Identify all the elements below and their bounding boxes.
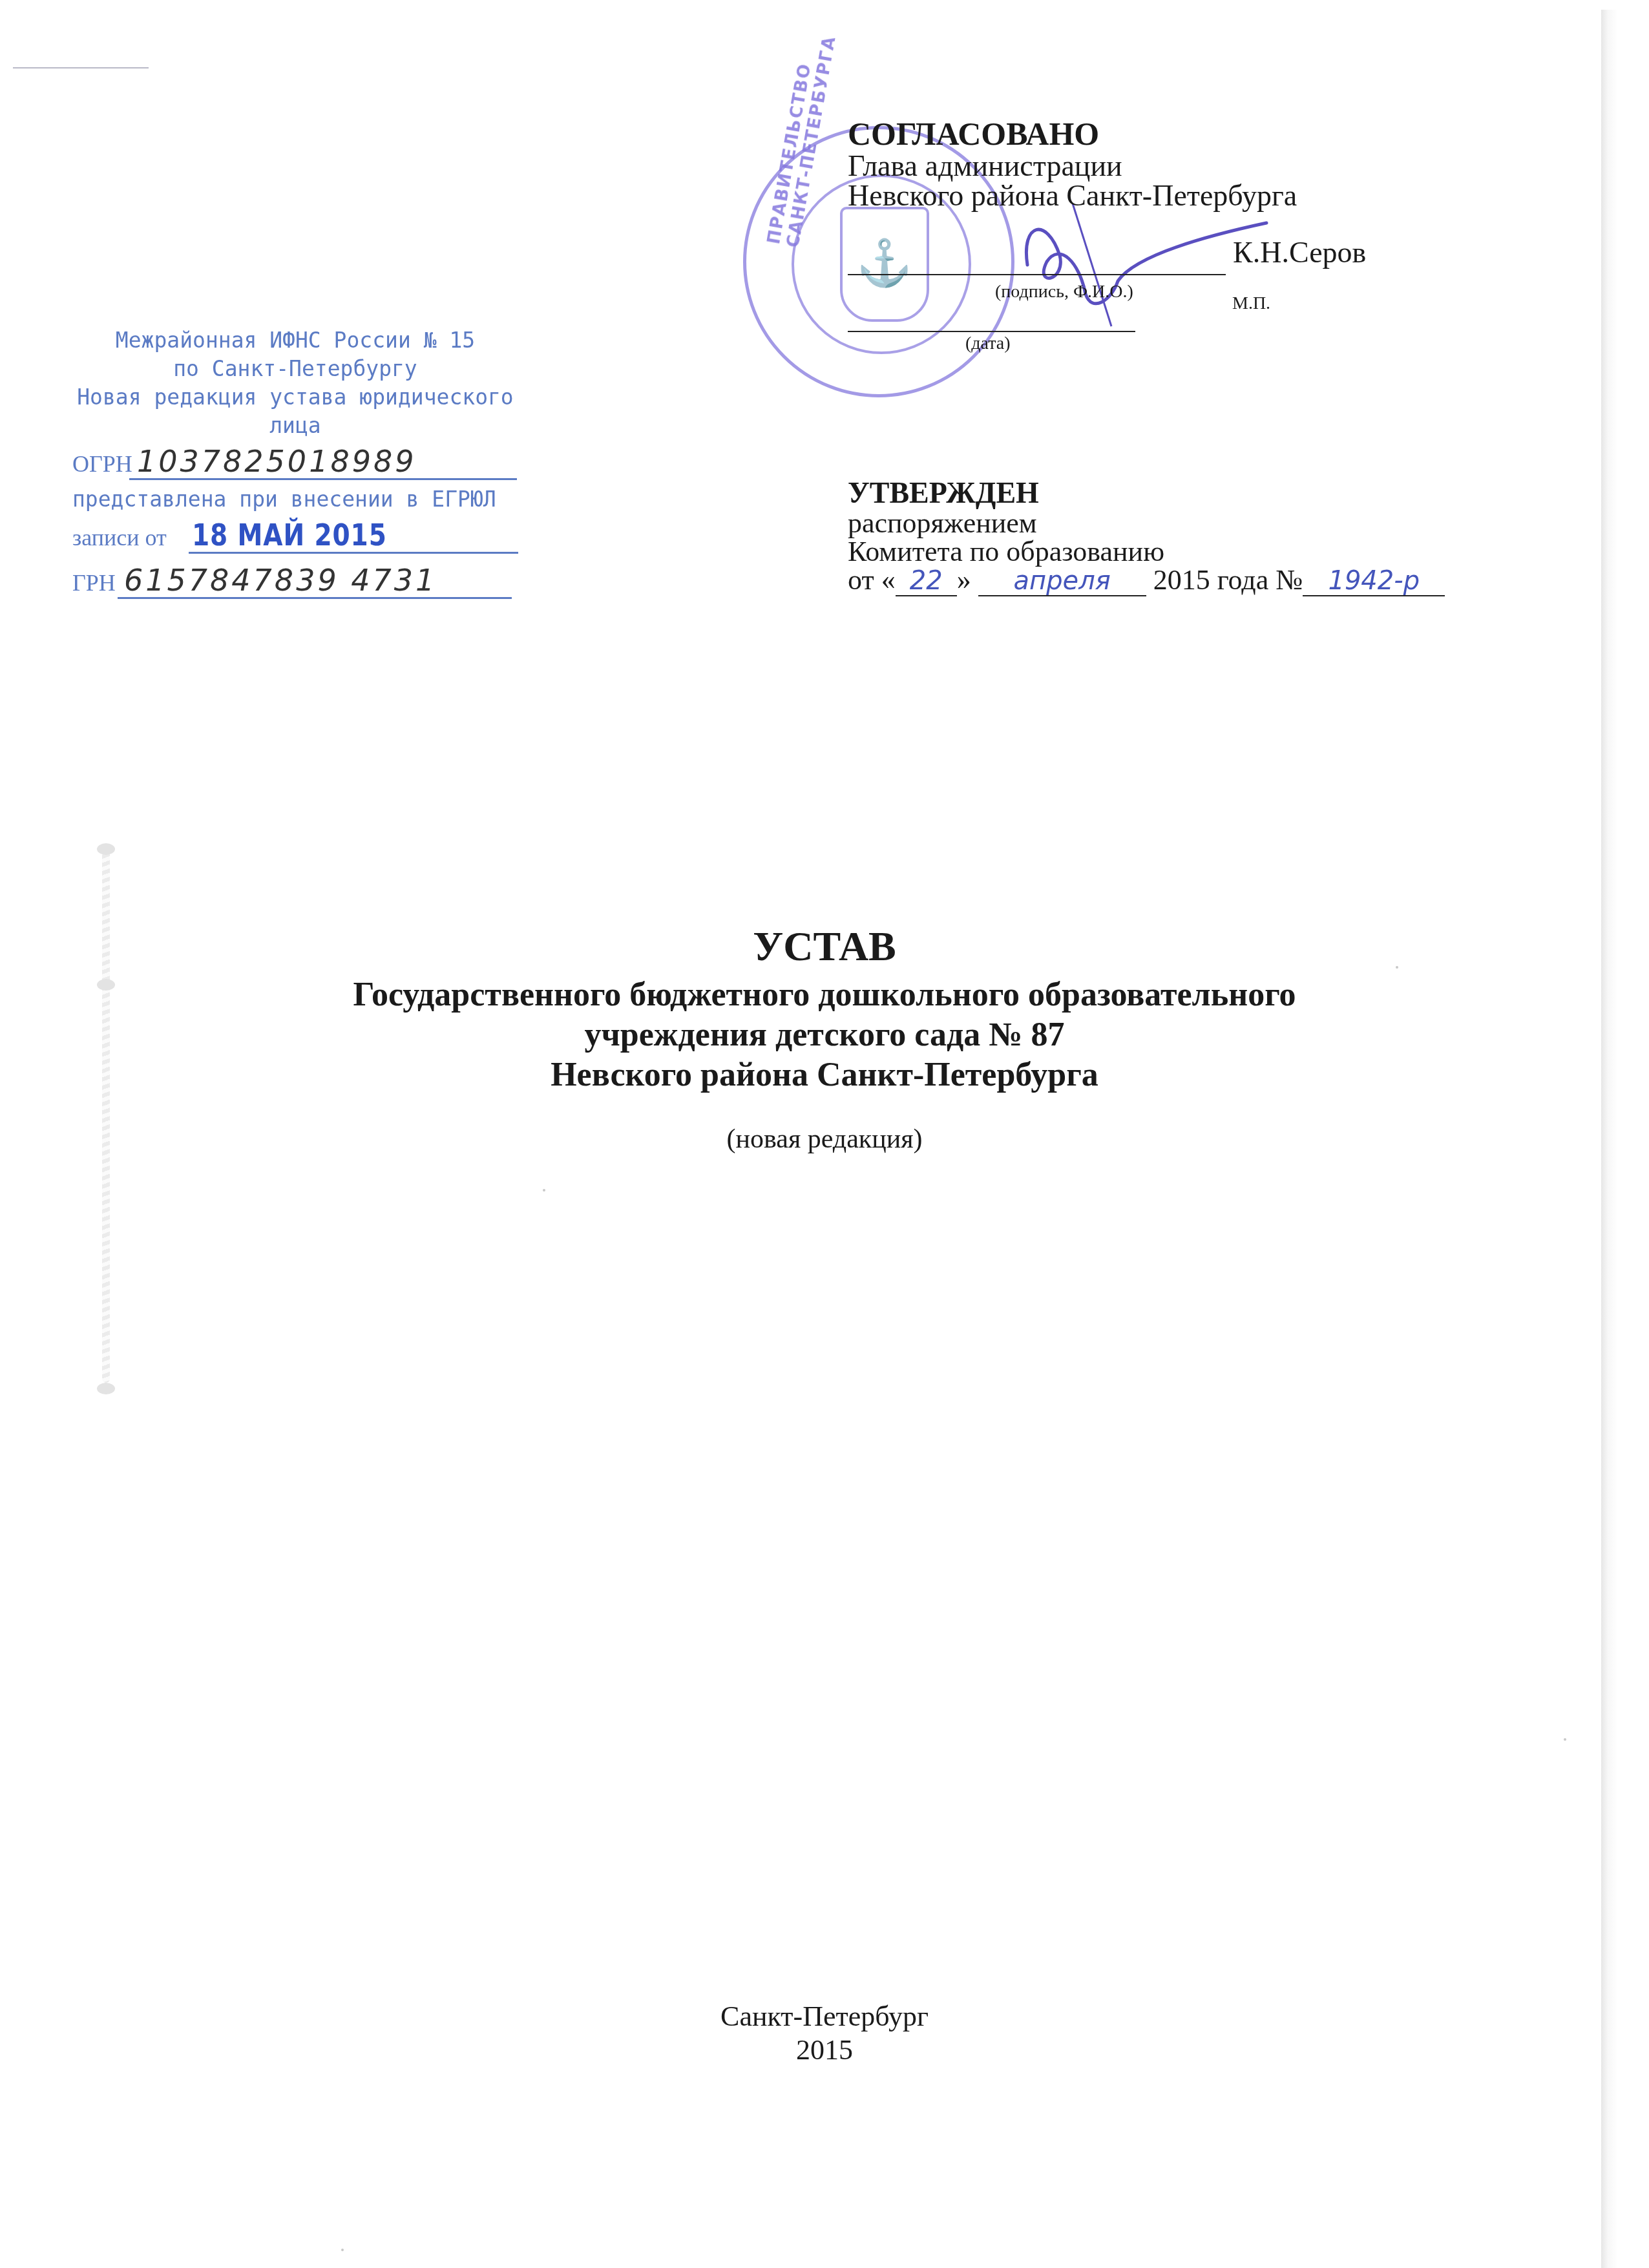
approved-by-order: распоряжением	[848, 509, 1559, 538]
approved-heading: УТВЕРЖДЕН	[848, 477, 1559, 509]
approved-committee: Комитета по образованию	[848, 538, 1559, 566]
approval-block: СОГЛАСОВАНО Глава администрации Невского…	[848, 116, 1429, 280]
signatory-name: К.Н.Серов	[1233, 235, 1366, 269]
thread-knot	[97, 1383, 115, 1394]
document-title-block: УСТАВ Государственного бюджетного дошкол…	[0, 921, 1649, 1155]
order-number: 1942-р	[1303, 567, 1445, 596]
signature-line	[848, 274, 1226, 275]
stamp-region: по Санкт-Петербургу	[72, 355, 518, 383]
approved-block: УТВЕРЖДЕН распоряжением Комитета по обра…	[848, 477, 1559, 596]
ogrn-row: ОГРН 1037825018989	[72, 440, 518, 485]
seal-place-label: М.П.	[1232, 293, 1270, 314]
tax-office-stamp: Межрайонная ИФНС России № 15 по Санкт-Пе…	[72, 326, 518, 604]
footer-city: Санкт-Петербург	[0, 2000, 1649, 2033]
institution-name-line3: Невского района Санкт-Петербурга	[0, 1055, 1649, 1095]
footer-block: Санкт-Петербург 2015	[0, 2000, 1649, 2067]
stamp-authority: Межрайонная ИФНС России № 15	[72, 326, 518, 355]
document-title: УСТАВ	[0, 921, 1649, 972]
approval-month: апреля	[978, 567, 1146, 596]
grn-row: ГРН 6157847839 4731	[72, 559, 518, 604]
date-caption: (дата)	[965, 333, 1011, 354]
scan-speck	[1564, 1738, 1566, 1741]
date-line	[848, 331, 1135, 332]
footer-year: 2015	[0, 2033, 1649, 2067]
date-prefix: от «	[848, 564, 896, 596]
approval-day: 22	[896, 567, 957, 596]
record-label: записи от	[72, 524, 167, 551]
approval-organization: Невского района Санкт-Петербурга	[848, 181, 1429, 211]
scan-speck	[1396, 966, 1398, 969]
ogrn-value: 1037825018989	[137, 444, 416, 479]
record-date-stamp: 18 МАЙ 2015	[192, 518, 387, 552]
approved-date-line: от «22» апреля 2015 года №1942-р	[848, 566, 1559, 596]
institution-name-line2: учреждения детского сада № 87	[0, 1015, 1649, 1055]
edition-note: (новая редакция)	[0, 1124, 1649, 1155]
date-mid: »	[957, 564, 971, 596]
thread-knot	[97, 843, 115, 855]
approval-heading: СОГЛАСОВАНО	[848, 116, 1429, 151]
signature-row: К.Н.Серов (подпись, Ф.И.О.) М.П. (дата)	[848, 235, 1429, 280]
year-text: 2015 года №	[1153, 564, 1303, 596]
grn-label: ГРН	[72, 569, 116, 596]
ogrn-label: ОГРН	[72, 450, 132, 478]
stamp-subject: Новая редакция устава юридического	[72, 383, 518, 412]
stamp-presented: представлена при внесении в ЕГРЮЛ	[72, 485, 518, 514]
approval-position: Глава администрации	[848, 151, 1429, 181]
institution-name-line1: Государственного бюджетного дошкольного …	[0, 975, 1649, 1015]
scan-speck	[543, 1189, 545, 1192]
scan-artifact-line	[13, 67, 149, 68]
grn-value: 6157847839 4731	[124, 563, 437, 598]
scan-speck	[341, 2249, 344, 2251]
signature-caption: (подпись, Ф.И.О.)	[995, 282, 1133, 302]
stamp-subject-cont: лица	[72, 412, 518, 440]
record-date-row: записи от 18 МАЙ 2015	[72, 514, 518, 559]
